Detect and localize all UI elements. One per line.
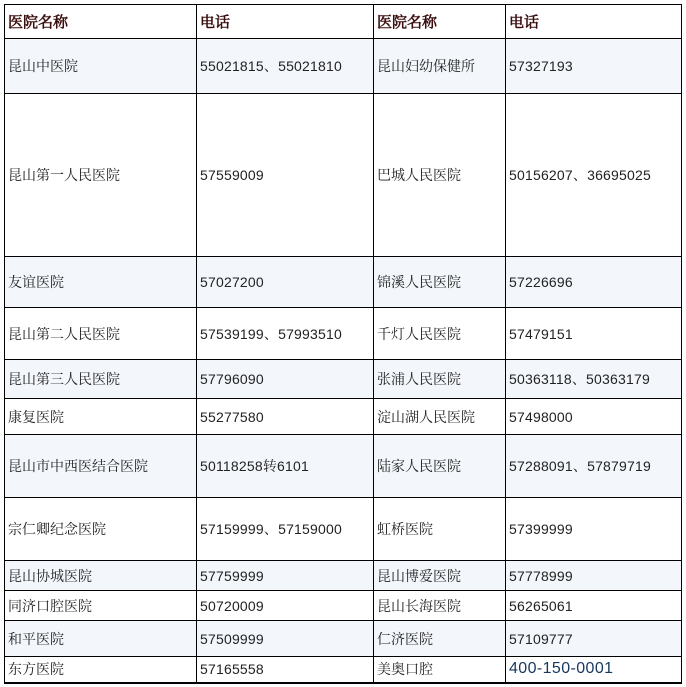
phone-cell: 57165558 [197,657,374,683]
table-row: 同济口腔医院 50720009 昆山长海医院 56265061 [5,591,682,621]
header-hospital-name-left: 医院名称 [5,5,197,39]
hospital-phone-directory-page: 医院名称 电话 医院名称 电话 昆山中医院 55021815、55021810 … [0,0,686,687]
hospital-name-cell: 和平医院 [5,621,197,657]
phone-cell: 57778999 [506,561,682,591]
hospital-name-cell: 昆山协城医院 [5,561,197,591]
phone-cell: 57159999、57159000 [197,498,374,561]
hospital-name-cell: 虹桥医院 [374,498,506,561]
phone-cell: 57498000 [506,399,682,435]
header-phone-right: 电话 [506,5,682,39]
hospital-name-cell: 昆山第二人民医院 [5,308,197,360]
phone-cell: 55277580 [197,399,374,435]
table-row: 昆山第一人民医院 57559009 巴城人民医院 50156207、366950… [5,94,682,257]
hospital-name-cell: 千灯人民医院 [374,308,506,360]
phone-cell-special: 400-150-0001 [506,657,682,683]
table-row: 友谊医院 57027200 锦溪人民医院 57226696 [5,257,682,308]
hospital-name-cell: 宗仁卿纪念医院 [5,498,197,561]
header-hospital-name-right: 医院名称 [374,5,506,39]
header-phone-left: 电话 [197,5,374,39]
table-row: 和平医院 57509999 仁济医院 57109777 [5,621,682,657]
table-row: 昆山市中西医结合医院 50118258转6101 陆家人民医院 57288091… [5,435,682,498]
table-row: 昆山第三人民医院 57796090 张浦人民医院 50363118、503631… [5,360,682,399]
hospital-name-cell: 康复医院 [5,399,197,435]
hospital-name-cell: 淀山湖人民医院 [374,399,506,435]
phone-cell: 57288091、57879719 [506,435,682,498]
hospital-name-cell: 陆家人民医院 [374,435,506,498]
hospital-name-cell: 仁济医院 [374,621,506,657]
hospital-name-cell: 昆山博爱医院 [374,561,506,591]
hospital-name-cell: 巴城人民医院 [374,94,506,257]
table-row: 昆山第二人民医院 57539199、57993510 千灯人民医院 574791… [5,308,682,360]
table-header-row: 医院名称 电话 医院名称 电话 [5,5,682,39]
hospital-phone-table: 医院名称 电话 医院名称 电话 昆山中医院 55021815、55021810 … [4,4,682,684]
phone-cell: 57027200 [197,257,374,308]
phone-cell: 57539199、57993510 [197,308,374,360]
table-row: 东方医院 57165558 美奥口腔 400-150-0001 [5,657,682,683]
hospital-name-cell: 锦溪人民医院 [374,257,506,308]
table-row: 昆山中医院 55021815、55021810 昆山妇幼保健所 57327193 [5,39,682,94]
hospital-name-cell: 昆山中医院 [5,39,197,94]
phone-cell: 57759999 [197,561,374,591]
phone-cell: 57226696 [506,257,682,308]
hospital-name-cell: 美奥口腔 [374,657,506,683]
hospital-name-cell: 昆山第一人民医院 [5,94,197,257]
hospital-name-cell: 友谊医院 [5,257,197,308]
hospital-name-cell: 同济口腔医院 [5,591,197,621]
table-row: 宗仁卿纪念医院 57159999、57159000 虹桥医院 57399999 [5,498,682,561]
table-row: 昆山协城医院 57759999 昆山博爱医院 57778999 [5,561,682,591]
phone-cell: 56265061 [506,591,682,621]
phone-cell: 57479151 [506,308,682,360]
phone-cell: 57509999 [197,621,374,657]
hospital-name-cell: 张浦人民医院 [374,360,506,399]
phone-cell: 57109777 [506,621,682,657]
hospital-name-cell: 东方医院 [5,657,197,683]
phone-cell: 57796090 [197,360,374,399]
phone-cell: 57559009 [197,94,374,257]
phone-cell: 50156207、36695025 [506,94,682,257]
hospital-name-cell: 昆山市中西医结合医院 [5,435,197,498]
phone-cell: 50118258转6101 [197,435,374,498]
table-row: 康复医院 55277580 淀山湖人民医院 57498000 [5,399,682,435]
hospital-name-cell: 昆山长海医院 [374,591,506,621]
phone-cell: 50720009 [197,591,374,621]
phone-cell: 57399999 [506,498,682,561]
hospital-name-cell: 昆山第三人民医院 [5,360,197,399]
phone-cell: 55021815、55021810 [197,39,374,94]
phone-cell: 50363118、50363179 [506,360,682,399]
hospital-name-cell: 昆山妇幼保健所 [374,39,506,94]
phone-cell: 57327193 [506,39,682,94]
